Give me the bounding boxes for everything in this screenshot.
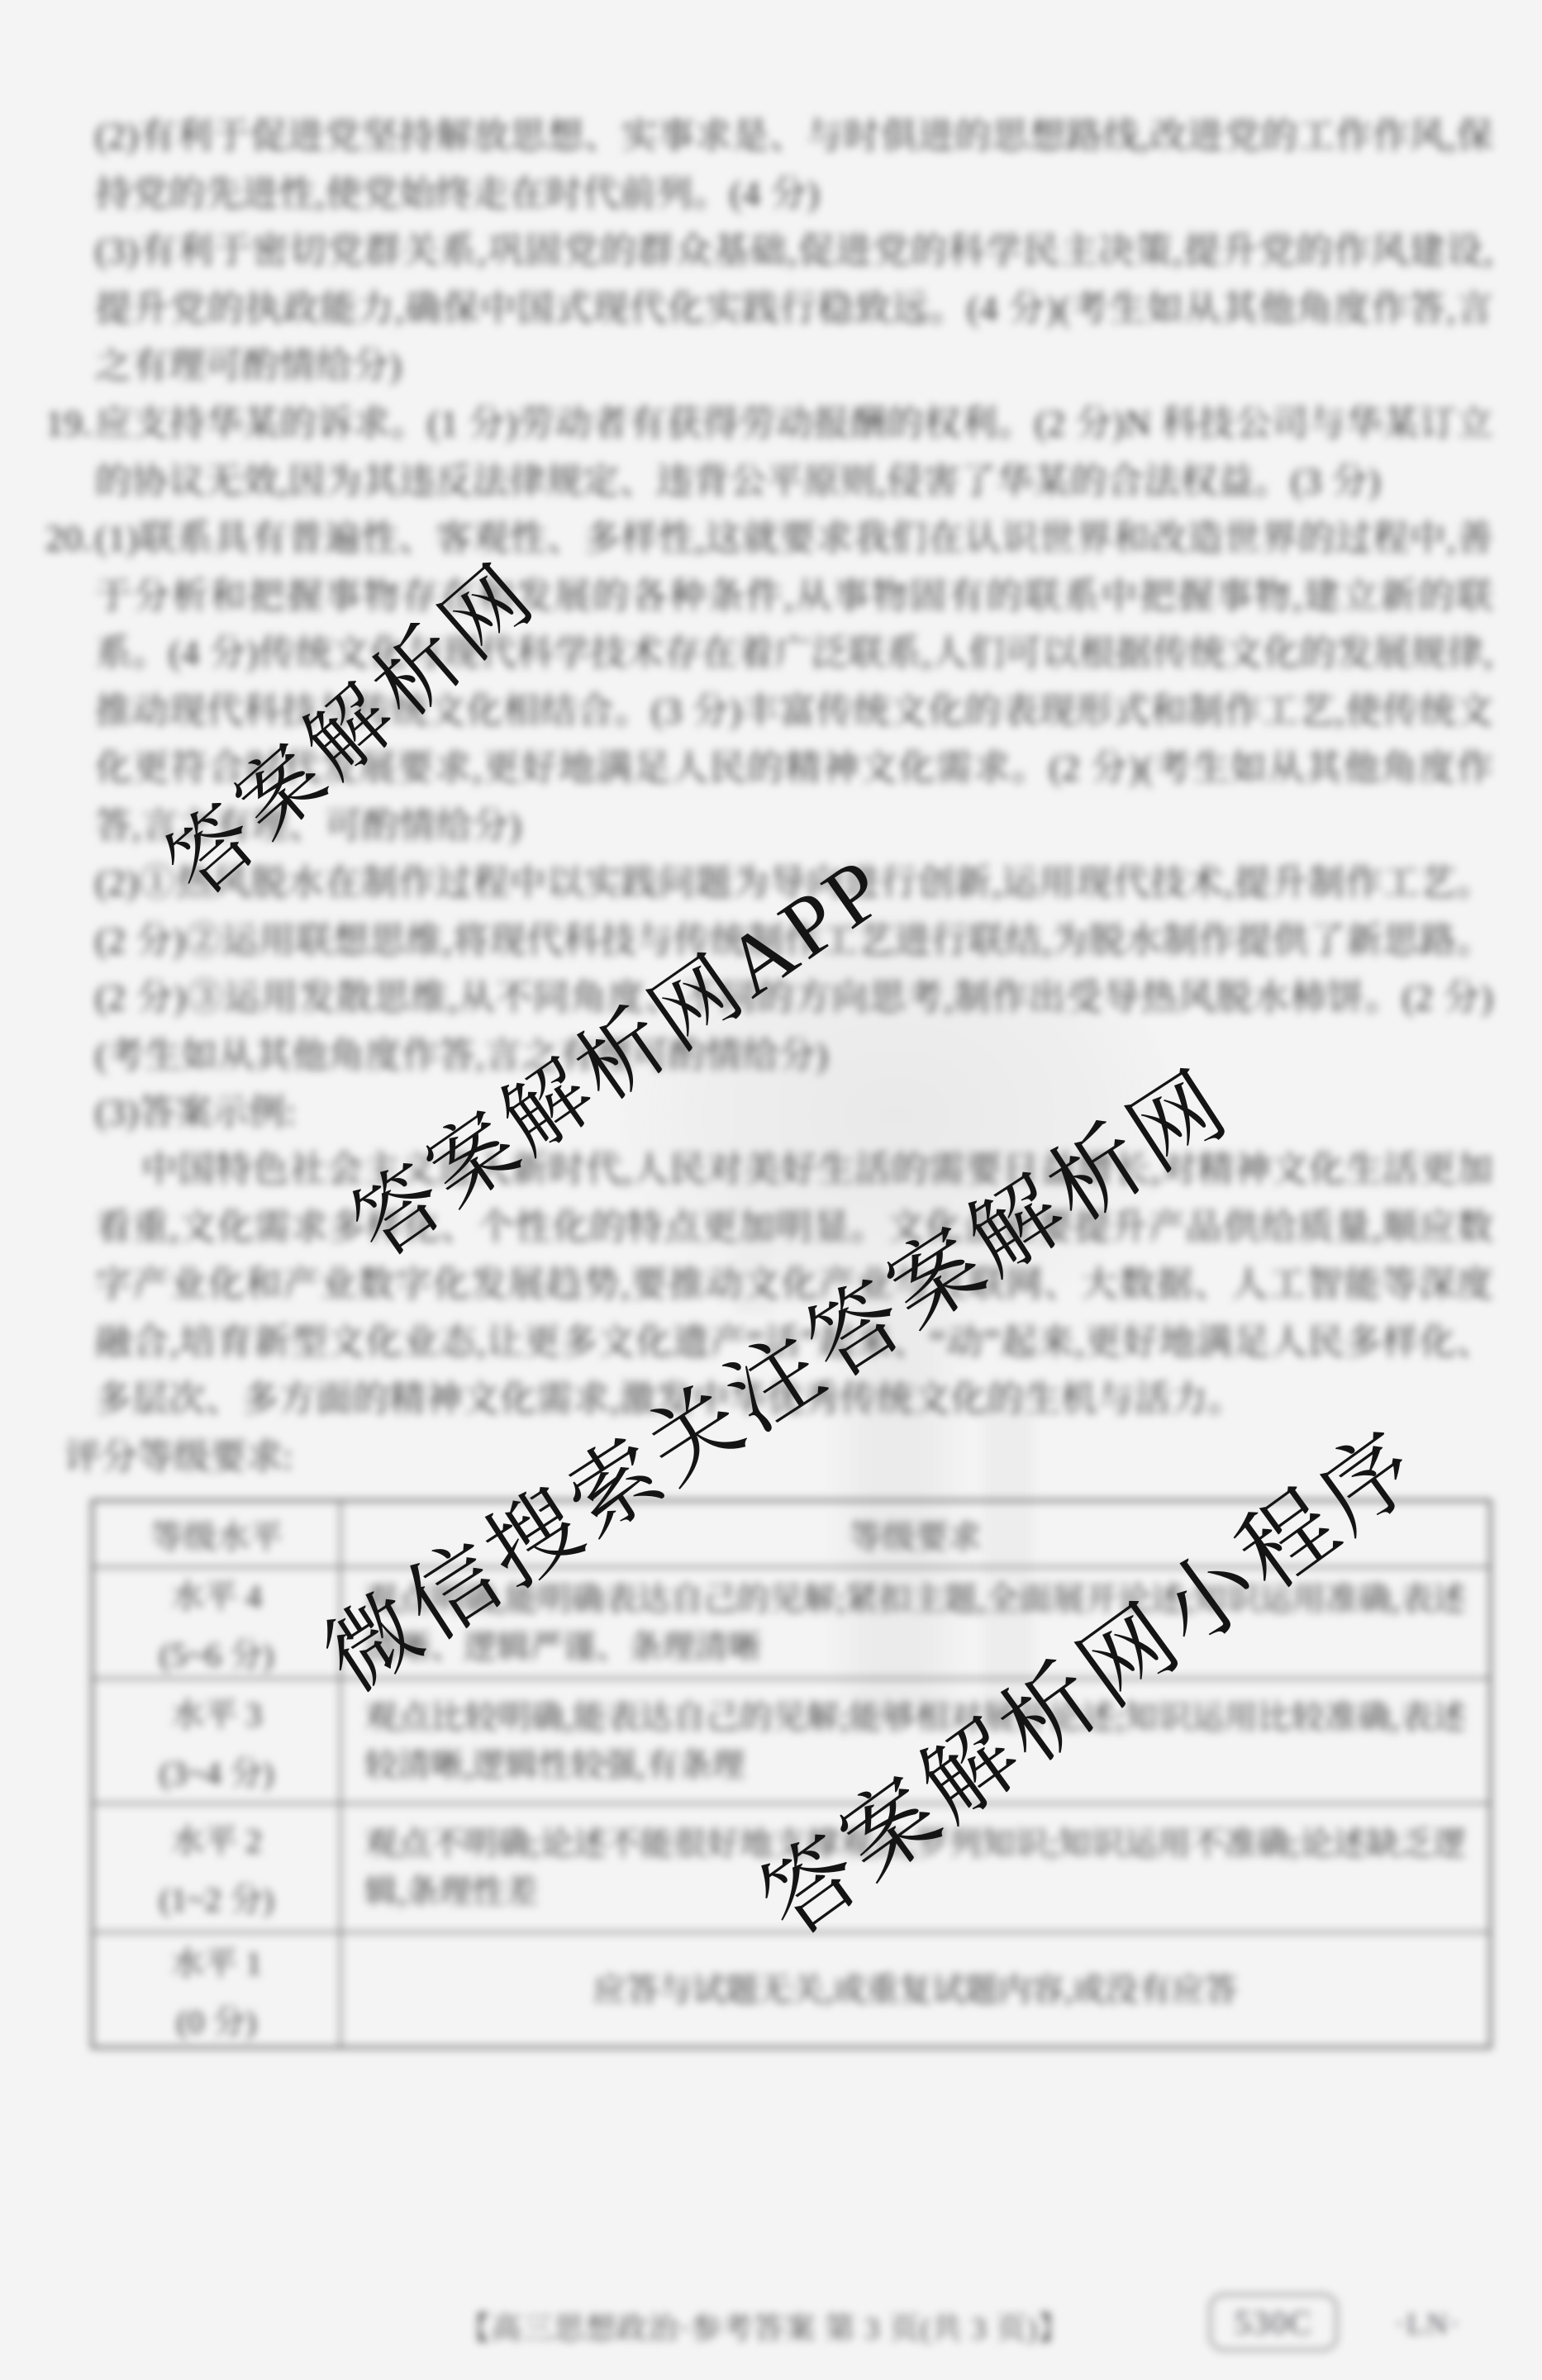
level-name: 水平 1	[171, 1937, 262, 1984]
answer-text: 应支持华某的诉求。(1 分)劳动者有获得劳动报酬的权利。(2 分)N 科技公司与…	[95, 403, 1493, 501]
table-row-level1-desc: 应答与试题无关,或重复试题内容,或没有应答	[341, 1933, 1489, 2046]
table-header-level: 等级水平	[93, 1502, 341, 1568]
answer-number: 20.	[45, 510, 95, 568]
scan-layer: (2)有利于促进党坚持解放思想、实事求是、与时俱进的思想路线,改进党的工作作风,…	[0, 0, 1542, 2380]
answer-item-19: 19.应支持华某的诉求。(1 分)劳动者有获得劳动报酬的权利。(2 分)N 科技…	[95, 395, 1493, 510]
level-score: (0 分)	[177, 1996, 257, 2043]
level-score: (5~6 分)	[159, 1629, 274, 1676]
level-score: (3~4 分)	[159, 1747, 274, 1794]
answer-item-20-3-label: (3)答案示例:	[95, 1084, 1493, 1142]
grading-requirements-label: 评分等级要求:	[64, 1428, 293, 1486]
level-name: 水平 3	[171, 1689, 262, 1736]
scanned-answer-page: (2)有利于促进党坚持解放思想、实事求是、与时俱进的思想路线,改进党的工作作风,…	[0, 0, 1542, 2380]
table-row-level3-label: 水平 3 (3~4 分)	[93, 1679, 341, 1804]
table-row-level4-label: 水平 4 (5~6 分)	[93, 1568, 341, 1679]
level-name: 水平 4	[171, 1570, 262, 1618]
footer-edition-mark: ·LN·	[1395, 2306, 1461, 2341]
answer-paragraph-3: (3)有利于密切党群关系,巩固党的群众基础,促进党的科学民主决策,提升党的作风建…	[95, 222, 1493, 395]
table-row-level2-label: 水平 2 (1~2 分)	[93, 1804, 341, 1933]
answer-paragraph-2: (2)有利于促进党坚持解放思想、实事求是、与时俱进的思想路线,改进党的工作作风,…	[95, 107, 1493, 222]
level-name: 水平 2	[171, 1815, 262, 1862]
table-row-level1-label: 水平 1 (0 分)	[93, 1933, 341, 2046]
answer-number: 19.	[45, 395, 95, 453]
footer-paper-code: 530C	[1209, 2293, 1338, 2351]
level-score: (1~2 分)	[159, 1874, 274, 1921]
footer-page-title: 【高三思想政治·参考答案 第 3 页(共 3 页)】	[459, 2303, 1069, 2348]
